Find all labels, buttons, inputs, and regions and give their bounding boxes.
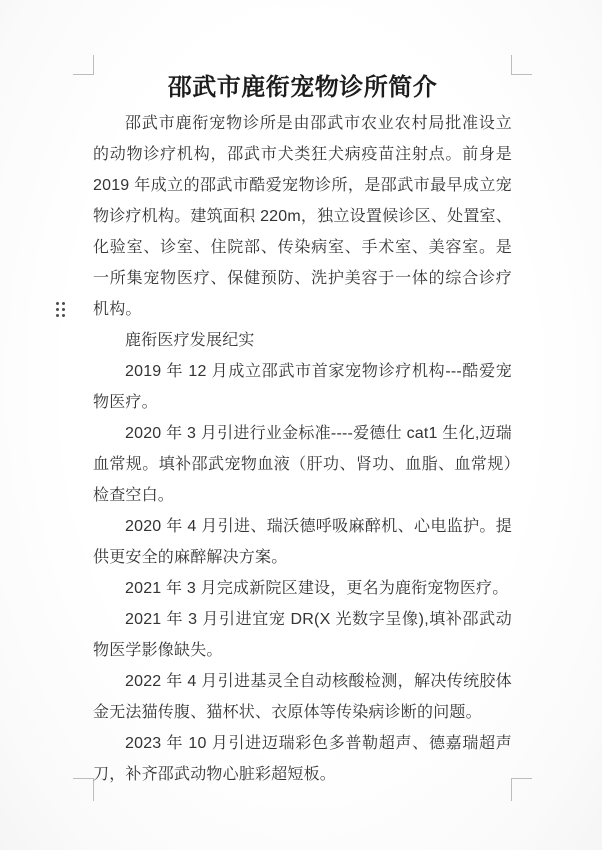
- paragraph-intro: 邵武市鹿衔宠物诊所是由邵武市农业农村局批准设立的动物诊疗机构，邵武市犬类狂犬病疫…: [93, 108, 512, 325]
- paragraph-2023-10: 2023 年 10 月引进迈瑞彩色多普勒超声、德嘉瑞超声刀，补齐邵武动物心脏彩超…: [93, 728, 512, 790]
- paragraph-2019-12: 2019 年 12 月成立邵武市首家宠物诊疗机构---酷爱宠物医疗。: [93, 356, 512, 418]
- paragraph-2020-03: 2020 年 3 月引进行业金标准----爱德仕 cat1 生化,迈瑞血常规。填…: [93, 418, 512, 511]
- document-page: 邵武市鹿衔宠物诊所简介 邵武市鹿衔宠物诊所是由邵武市农业农村局批准设立的动物诊疗…: [0, 0, 602, 850]
- text-area: 邵武市鹿衔宠物诊所简介 邵武市鹿衔宠物诊所是由邵武市农业农村局批准设立的动物诊疗…: [93, 71, 512, 790]
- text-boundary-mark-top-left: [73, 55, 94, 75]
- text-boundary-mark-bottom-right: [511, 778, 532, 801]
- text-boundary-mark-top-right: [511, 55, 532, 75]
- drag-handle-icon[interactable]: [55, 300, 67, 318]
- paragraph-2021-03-dr: 2021 年 3 月引进宜宠 DR(X 光数字呈像),填补邵武动物医学影像缺失。: [93, 604, 512, 666]
- paragraph-section-heading: 鹿衔医疗发展纪实: [93, 325, 512, 356]
- paragraph-2022-04: 2022 年 4 月引进基灵全自动核酸检测，解决传统胶体金无法猫传腹、猫杯状、衣…: [93, 666, 512, 728]
- text-boundary-mark-bottom-left: [73, 778, 94, 801]
- paragraph-2020-04: 2020 年 4 月引进、瑞沃德呼吸麻醉机、心电监护。提供更安全的麻醉解决方案。: [93, 511, 512, 573]
- document-title: 邵武市鹿衔宠物诊所简介: [93, 71, 512, 105]
- paragraph-2021-03-campus: 2021 年 3 月完成新院区建设，更名为鹿衔宠物医疗。: [93, 573, 512, 604]
